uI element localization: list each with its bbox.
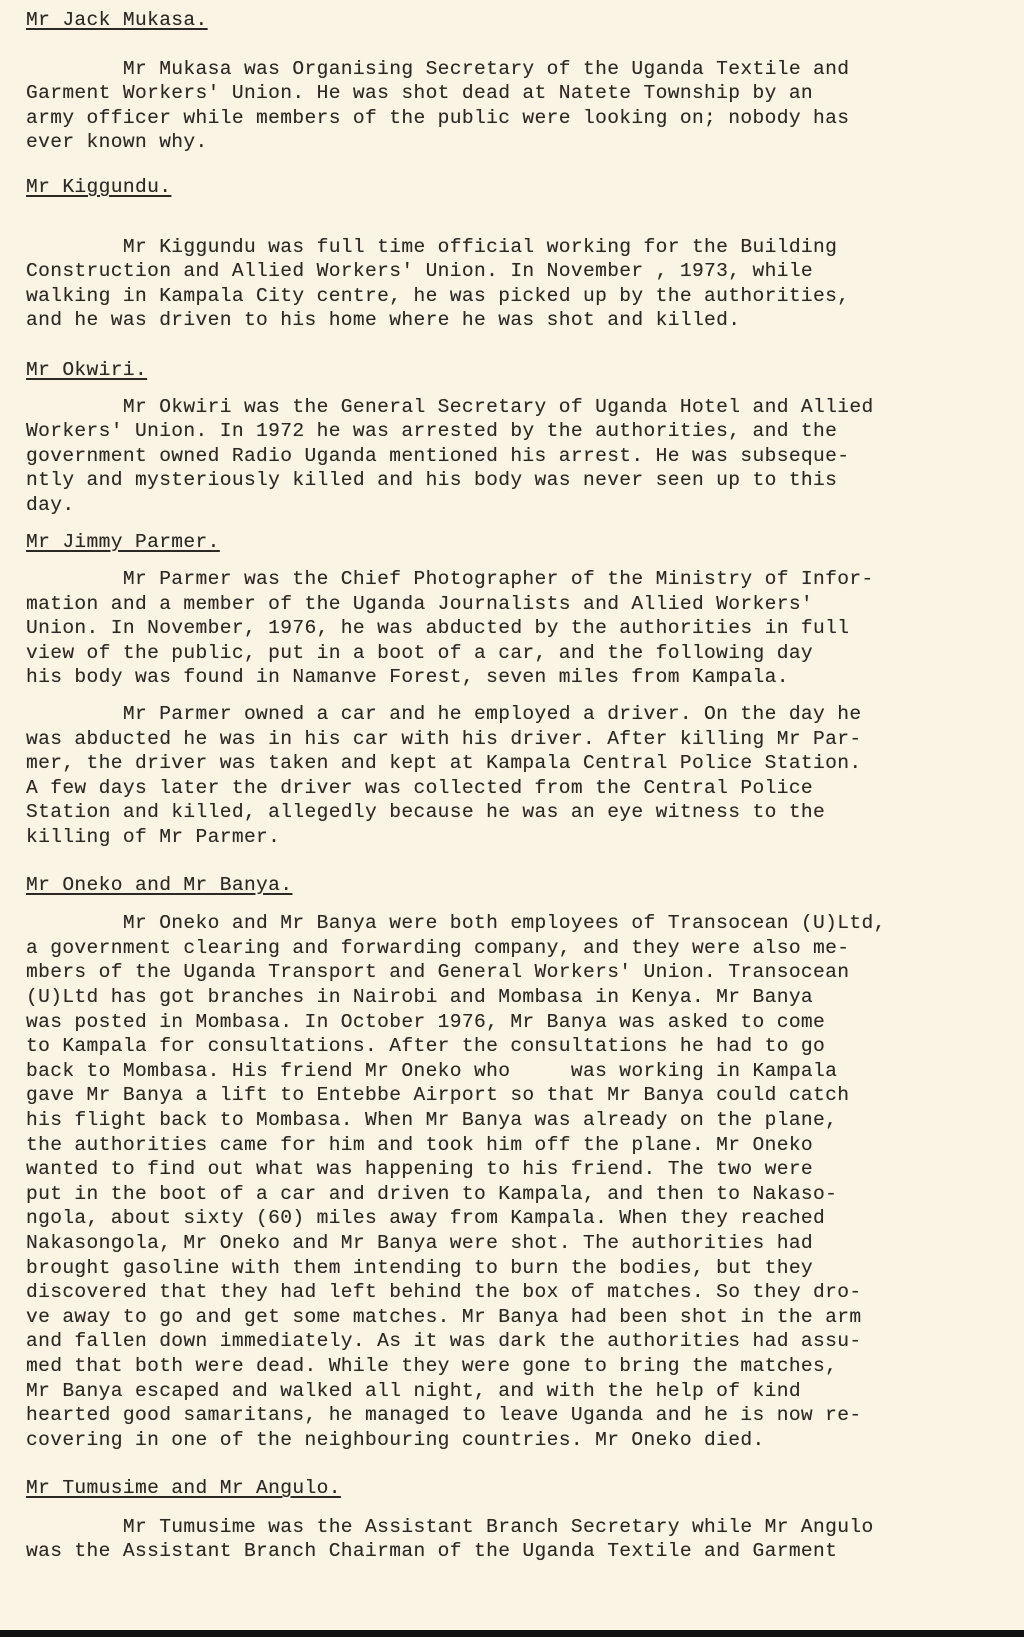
paragraph: Mr Parmer owned a car and he employed a …	[26, 702, 1006, 850]
text-line: put in the boot of a car and driven to K…	[26, 1182, 1006, 1207]
text-line: Mr Parmer owned a car and he employed a …	[26, 702, 1006, 727]
text-line: ever known why.	[26, 130, 1006, 155]
section-heading: Mr Tumusime and Mr Angulo.	[26, 1476, 341, 1501]
text-line: and fallen down immediately. As it was d…	[26, 1329, 1006, 1354]
section-heading: Mr Jack Mukasa.	[26, 8, 208, 33]
text-line: ve away to go and get some matches. Mr B…	[26, 1305, 1006, 1330]
section-kiggundu: Mr Kiggundu. Mr Kiggundu was full time o…	[26, 175, 1006, 333]
text-line: walking in Kampala City centre, he was p…	[26, 284, 1006, 309]
section-tumusime-and-angulo: Mr Tumusime and Mr Angulo. Mr Tumusime w…	[26, 1476, 1006, 1564]
paragraph: Mr Oneko and Mr Banya were both employee…	[26, 911, 1006, 1452]
text-line: Mr Okwiri was the General Secretary of U…	[26, 395, 1006, 420]
text-line: the authorities came for him and took hi…	[26, 1133, 1006, 1158]
text-line: to Kampala for consultations. After the …	[26, 1034, 1006, 1059]
text-line: day.	[26, 493, 1006, 518]
section-oneko-and-banya: Mr Oneko and Mr Banya. Mr Oneko and Mr B…	[26, 873, 1006, 1453]
paragraph: Mr Parmer was the Chief Photographer of …	[26, 567, 1006, 690]
text-line: and he was driven to his home where he w…	[26, 308, 1006, 333]
text-line: (U)Ltd has got branches in Nairobi and M…	[26, 985, 1006, 1010]
text-line: A few days later the driver was collecte…	[26, 776, 1006, 801]
text-line: ngola, about sixty (60) miles away from …	[26, 1206, 1006, 1231]
text-line: Garment Workers' Union. He was shot dead…	[26, 81, 1006, 106]
section-jimmy-parmer: Mr Jimmy Parmer. Mr Parmer was the Chief…	[26, 530, 1006, 850]
text-line: mbers of the Uganda Transport and Genera…	[26, 960, 1006, 985]
text-line: gave Mr Banya a lift to Entebbe Airport …	[26, 1083, 1006, 1108]
section-heading: Mr Oneko and Mr Banya.	[26, 873, 292, 898]
page-bottom-edge	[0, 1630, 1024, 1637]
text-line: a government clearing and forwarding com…	[26, 936, 1006, 961]
text-line: mation and a member of the Uganda Journa…	[26, 592, 1006, 617]
text-line: Construction and Allied Workers' Union. …	[26, 259, 1006, 284]
section-heading: Mr Jimmy Parmer.	[26, 530, 220, 555]
paragraph: Mr Kiggundu was full time official worki…	[26, 235, 1006, 333]
section-okwiri: Mr Okwiri. Mr Okwiri was the General Sec…	[26, 358, 1006, 518]
text-line: med that both were dead. While they were…	[26, 1354, 1006, 1379]
section-heading: Mr Kiggundu.	[26, 175, 171, 200]
document-page: Mr Jack Mukasa. Mr Mukasa was Organising…	[0, 0, 1024, 1630]
section-heading: Mr Okwiri.	[26, 358, 147, 383]
section-jack-mukasa: Mr Jack Mukasa. Mr Mukasa was Organising…	[26, 8, 1006, 155]
text-line: Mr Banya escaped and walked all night, a…	[26, 1379, 1006, 1404]
text-line: Station and killed, allegedly because he…	[26, 800, 1006, 825]
text-line: covering in one of the neighbouring coun…	[26, 1428, 1006, 1453]
text-line: brought gasoline with them intending to …	[26, 1256, 1006, 1281]
text-line: was the Assistant Branch Chairman of the…	[26, 1539, 1006, 1564]
text-line: his flight back to Mombasa. When Mr Bany…	[26, 1108, 1006, 1133]
text-line: army officer while members of the public…	[26, 106, 1006, 131]
text-line: Mr Tumusime was the Assistant Branch Sec…	[26, 1515, 1006, 1540]
paragraph: Mr Mukasa was Organising Secretary of th…	[26, 57, 1006, 155]
paragraph: Mr Okwiri was the General Secretary of U…	[26, 395, 1006, 518]
text-line: view of the public, put in a boot of a c…	[26, 641, 1006, 666]
text-line: was abducted he was in his car with his …	[26, 727, 1006, 752]
text-line: back to Mombasa. His friend Mr Oneko who…	[26, 1059, 1006, 1084]
text-line: Mr Oneko and Mr Banya were both employee…	[26, 911, 1006, 936]
text-line: Workers' Union. In 1972 he was arrested …	[26, 419, 1006, 444]
text-line: discovered that they had left behind the…	[26, 1280, 1006, 1305]
text-line: hearted good samaritans, he managed to l…	[26, 1403, 1006, 1428]
text-line: ntly and mysteriously killed and his bod…	[26, 468, 1006, 493]
text-line: wanted to find out what was happening to…	[26, 1157, 1006, 1182]
typewritten-document: Mr Jack Mukasa. Mr Mukasa was Organising…	[26, 8, 1006, 1564]
text-line: killing of Mr Parmer.	[26, 825, 1006, 850]
text-line: his body was found in Namanve Forest, se…	[26, 665, 1006, 690]
text-line: Mr Kiggundu was full time official worki…	[26, 235, 1006, 260]
text-line: mer, the driver was taken and kept at Ka…	[26, 751, 1006, 776]
text-line: Mr Mukasa was Organising Secretary of th…	[26, 57, 1006, 82]
text-line: Nakasongola, Mr Oneko and Mr Banya were …	[26, 1231, 1006, 1256]
text-line: Mr Parmer was the Chief Photographer of …	[26, 567, 1006, 592]
text-line: government owned Radio Uganda mentioned …	[26, 444, 1006, 469]
text-line: Union. In November, 1976, he was abducte…	[26, 616, 1006, 641]
text-line: was posted in Mombasa. In October 1976, …	[26, 1010, 1006, 1035]
paragraph: Mr Tumusime was the Assistant Branch Sec…	[26, 1515, 1006, 1564]
